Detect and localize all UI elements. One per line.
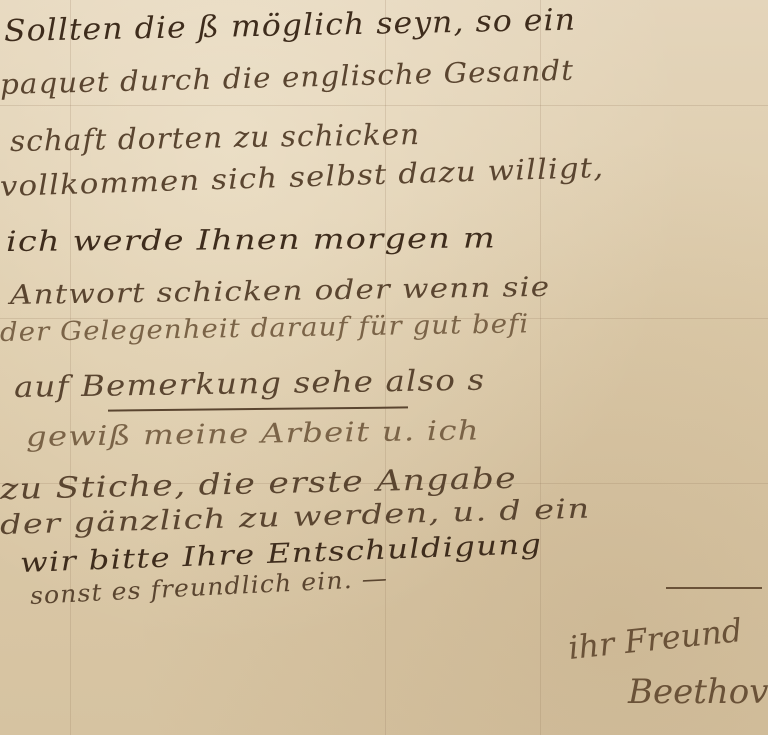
text-line-5: ich werde Ihnen morgen m xyxy=(6,221,496,258)
underline xyxy=(108,406,408,411)
fold-line xyxy=(540,0,541,735)
text-line-3: schaft dorten zu schicken xyxy=(10,117,421,158)
fold-line xyxy=(70,0,71,735)
signature: Beethoven xyxy=(628,672,768,712)
text-line-6: Antwort schicken oder wenn sie xyxy=(10,272,551,311)
text-line-8: auf Bemerkung sehe also s xyxy=(14,363,486,404)
text-line-2: paquet durch die englische Gesandt xyxy=(0,54,574,101)
closing-text: ihr Freund xyxy=(566,611,743,667)
letter-page: Sollten die ß möglich seyn, so ein paque… xyxy=(0,0,768,735)
text-line-1: Sollten die ß möglich seyn, so ein xyxy=(4,3,577,49)
text-line-9: gewiß meine Arbeit u. ich xyxy=(26,415,480,453)
closing-dash xyxy=(666,587,762,589)
text-line-7: der Gelegenheit darauf für gut befi xyxy=(0,309,530,348)
fold-line xyxy=(0,105,768,106)
text-line-4: vollkommen sich selbst dazu willigt, xyxy=(0,151,605,203)
